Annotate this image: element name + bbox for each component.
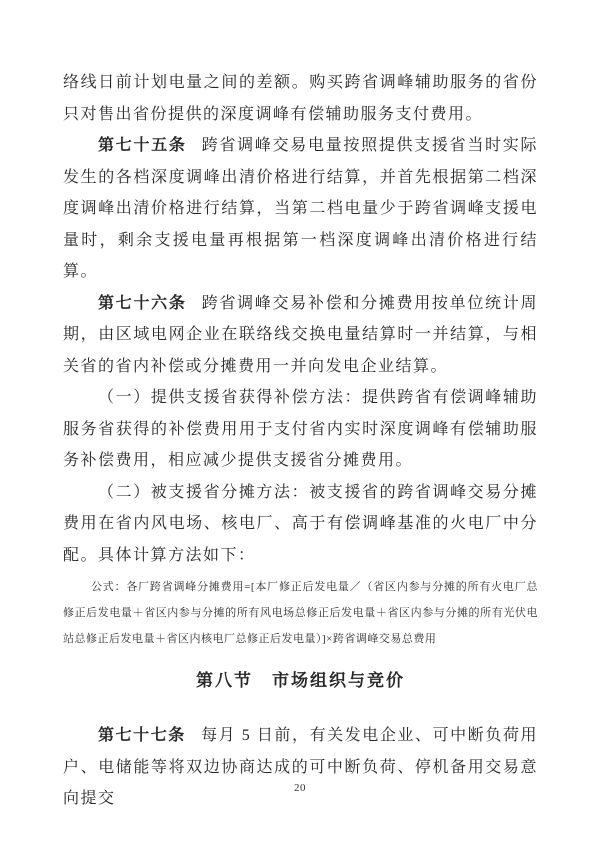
paragraph-article-75: 第七十五条跨省调峰交易电量按照提供支援省当时实际发生的各档深度调峰出清价格进行结… bbox=[63, 130, 538, 288]
page-number: 20 bbox=[0, 782, 600, 794]
paragraph-text: （一）提供支援省获得补偿方法：提供跨省有偿调峰辅助服务省获得的补偿费用用于支付省… bbox=[63, 389, 538, 469]
paragraph-continuation: 络线日前计划电量之间的差额。购买跨省调峰辅助服务的省份只对售出省份提供的深度调峰… bbox=[63, 67, 538, 130]
paragraph-article-77: 第七十七条每月 5 日前，有关发电企业、可中断负荷用户、电储能等将双边协商达成的… bbox=[63, 720, 538, 815]
formula-block: 公式：各厂跨省调峰分摊费用=[本厂修正后发电量／（省区内参与分摊的所有火电厂总修… bbox=[63, 574, 538, 652]
paragraph-article-76: 第七十六条跨省调峰交易补偿和分摊费用按单位统计周期，由区域电网企业在联络线交换电… bbox=[63, 288, 538, 383]
article-number: 第七十七条 bbox=[98, 727, 186, 744]
paragraph-text: 跨省调峰交易电量按照提供支援省当时实际发生的各档深度调峰出清价格进行结算，并首先… bbox=[63, 137, 538, 280]
paragraph-item-2: （二）被支援省分摊方法：被支援省的跨省调峰交易分摊费用在省内风电场、核电厂、高于… bbox=[63, 477, 538, 572]
document-page: 络线日前计划电量之间的差额。购买跨省调峰辅助服务的省份只对售出省份提供的深度调峰… bbox=[0, 0, 600, 848]
article-number: 第七十六条 bbox=[98, 295, 187, 312]
page-content: 络线日前计划电量之间的差额。购买跨省调峰辅助服务的省份只对售出省份提供的深度调峰… bbox=[63, 0, 538, 815]
paragraph-item-1: （一）提供支援省获得补偿方法：提供跨省有偿调峰辅助服务省获得的补偿费用用于支付省… bbox=[63, 382, 538, 477]
paragraph-text: （二）被支援省分摊方法：被支援省的跨省调峰交易分摊费用在省内风电场、核电厂、高于… bbox=[63, 484, 538, 564]
paragraph-text: 络线日前计划电量之间的差额。购买跨省调峰辅助服务的省份只对售出省份提供的深度调峰… bbox=[63, 74, 538, 123]
article-number: 第七十五条 bbox=[98, 137, 187, 154]
section-heading: 第八节 市场组织与竞价 bbox=[63, 669, 538, 693]
